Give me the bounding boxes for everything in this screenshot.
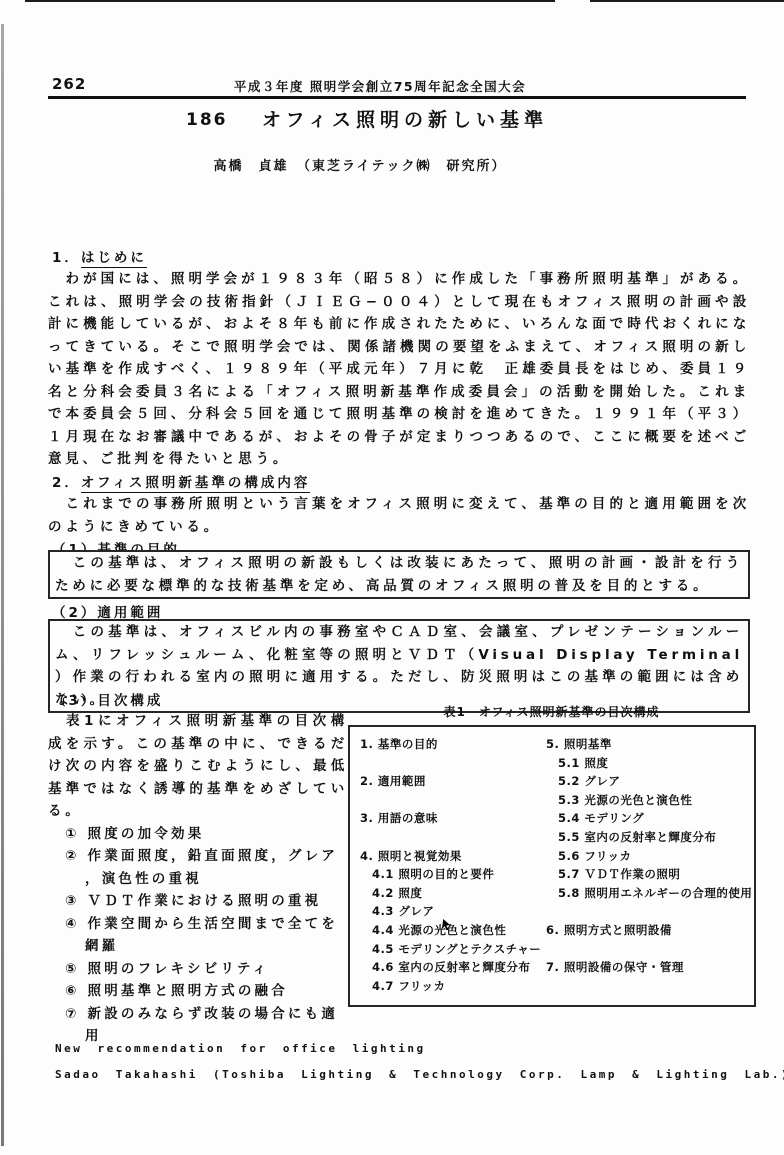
scan-edge-left bbox=[1, 24, 4, 1146]
toc-left-column: 表1にオフィス照明新基準の目次構成を示す。この基準の中に、できるだけ次の内容を盛… bbox=[48, 710, 348, 1048]
table-row: 4.3 グレア bbox=[360, 902, 545, 921]
table-row: 4.2 照度 bbox=[360, 884, 545, 903]
table-row: 4.1 照明の目的と要件 bbox=[360, 865, 545, 884]
toc-item-4: ④ 作業空間から生活空間まで全てを網羅 bbox=[48, 913, 348, 958]
table-row: 3. 用語の意味 bbox=[360, 809, 545, 828]
conference-title: 平成３年度 照明学会創立75周年記念全国大会 bbox=[160, 77, 600, 95]
paper-number: 186 bbox=[186, 110, 228, 130]
author-line: 高橋 貞雄 （東芝ライテック㈱ 研究所） bbox=[100, 155, 620, 174]
subsection-3-label: （3）目次構成 bbox=[52, 689, 163, 709]
table-1-right-column: 5. 照明基準 5.1 照度 5.2 グレア 5.3 光源の光色と演色性 5.4… bbox=[546, 735, 751, 995]
table-row: 4.4 光源の光色と演色性 bbox=[360, 921, 545, 940]
table-row bbox=[546, 940, 751, 959]
header-rule bbox=[48, 96, 746, 99]
table-row bbox=[360, 754, 545, 773]
table-row: 5.8 照明用エネルギーの合理的使用 bbox=[546, 884, 751, 903]
table-row: 5.6 フリッカ bbox=[546, 847, 751, 866]
table-row: 4.6 室内の反射率と輝度分布 bbox=[360, 958, 545, 977]
table-row: 5.4 モデリング bbox=[546, 809, 751, 828]
table-row: 5.7 ＶＤＴ作業の照明 bbox=[546, 865, 751, 884]
table-1-caption: 表1 オフィス照明新基準の目次構成 bbox=[348, 703, 755, 720]
table-row bbox=[546, 977, 751, 996]
section-2-intro: これまでの事務所照明という言葉をオフィス照明に変えて、基準の目的と適用範囲を次の… bbox=[48, 493, 750, 538]
table-row bbox=[360, 828, 545, 847]
table-row: 4. 照明と視覚効果 bbox=[360, 847, 545, 866]
toc-item-1: ① 照度の加令効果 bbox=[48, 823, 348, 846]
section-1-heading-text: はじめに bbox=[81, 250, 147, 268]
paper-title: オフィス照明の新しい基準 bbox=[240, 105, 570, 132]
table-row: 7. 照明設備の保守・管理 bbox=[546, 958, 751, 977]
table-row: 4.7 フリッカ bbox=[360, 977, 545, 996]
table-row: 5.2 グレア bbox=[546, 772, 751, 791]
purpose-box-text: この基準は、オフィス照明の新設もしくは改装にあたって、照明の計画・設計を行うため… bbox=[50, 552, 748, 597]
section-2-heading: 2．オフィス照明新基準の構成内容 bbox=[52, 471, 310, 491]
scan-edge-top-right bbox=[590, 0, 784, 2]
footer-english-author: Sadao Takahashi (Toshiba Lighting & Tech… bbox=[55, 1068, 784, 1081]
scan-edge-top-left bbox=[25, 0, 555, 2]
table-row: 2. 適用範囲 bbox=[360, 772, 545, 791]
table-row bbox=[360, 791, 545, 810]
page-number: 262 bbox=[52, 75, 86, 93]
table-1: 1. 基準の目的 2. 適用範囲 3. 用語の意味 4. 照明と視覚効果 4.1… bbox=[348, 725, 756, 1007]
toc-item-2: ② 作業面照度，鉛直面照度，グレア，演色性の重視 bbox=[48, 845, 348, 890]
table-1-left-column: 1. 基準の目的 2. 適用範囲 3. 用語の意味 4. 照明と視覚効果 4.1… bbox=[360, 735, 545, 995]
section-2-heading-text: オフィス照明新基準の構成内容 bbox=[81, 475, 311, 493]
subsection-2-label: （2）適用範囲 bbox=[52, 601, 163, 621]
toc-item-5: ⑤ 照明のフレキシビリティ bbox=[48, 958, 348, 981]
footer-english-title: New recommendation for office lighting bbox=[55, 1042, 426, 1055]
toc-item-3: ③ ＶＤＴ作業における照明の重視 bbox=[48, 890, 348, 913]
toc-intro: 表1にオフィス照明新基準の目次構成を示す。この基準の中に、できるだけ次の内容を盛… bbox=[48, 710, 348, 823]
section-1-body: わが国には、照明学会が１９８３年（昭５８）に作成した「事務所照明基準」がある。こ… bbox=[48, 268, 750, 471]
table-row: 4.5 モデリングとテクスチャー bbox=[360, 940, 545, 959]
section-2-number: 2． bbox=[52, 475, 81, 491]
toc-item-6: ⑥ 照明基準と照明方式の融合 bbox=[48, 980, 348, 1003]
table-row: 5.1 照度 bbox=[546, 754, 751, 773]
table-row: 5.5 室内の反射率と輝度分布 bbox=[546, 828, 751, 847]
section-1-number: 1． bbox=[52, 250, 81, 266]
scanned-paper-page: 262 平成３年度 照明学会創立75周年記念全国大会 186 オフィス照明の新し… bbox=[0, 0, 784, 1155]
table-row: 5.3 光源の光色と演色性 bbox=[546, 791, 751, 810]
table-row bbox=[546, 902, 751, 921]
toc-item-7: ⑦ 新設のみならず改装の場合にも適用 bbox=[48, 1003, 348, 1048]
table-row: 5. 照明基準 bbox=[546, 735, 751, 754]
purpose-box: この基準は、オフィス照明の新設もしくは改装にあたって、照明の計画・設計を行うため… bbox=[48, 550, 750, 599]
section-1-heading: 1．はじめに bbox=[52, 246, 147, 266]
table-row: 6. 照明方式と照明設備 bbox=[546, 921, 751, 940]
table-row: 1. 基準の目的 bbox=[360, 735, 545, 754]
